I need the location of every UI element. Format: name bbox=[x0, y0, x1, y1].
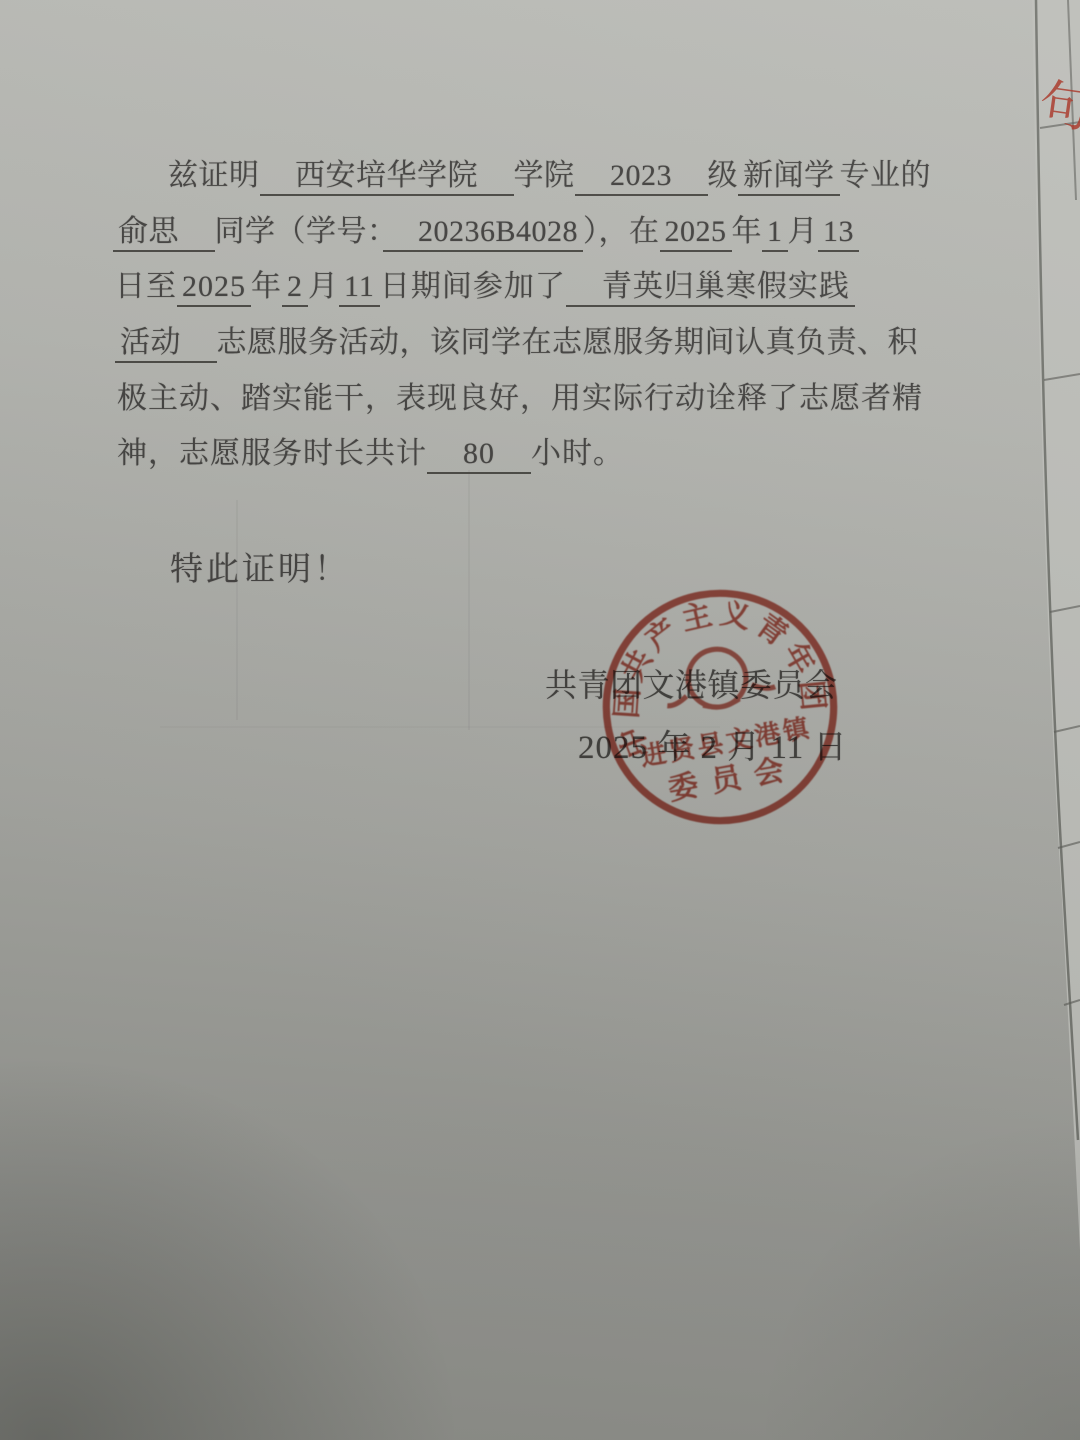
certificate-page: 兹证明 西安培华学院 学院 2023 级新闻学专业的 俞思 同学（学号： 202… bbox=[0, 0, 1080, 1440]
underlined-field: 2 bbox=[282, 270, 308, 307]
text-segment: 年 bbox=[732, 215, 763, 248]
underlined-field: 活动 bbox=[115, 326, 217, 363]
text-segment: 学院 bbox=[514, 159, 575, 192]
show-through-line bbox=[468, 470, 470, 730]
text-segment: ），在 bbox=[583, 215, 660, 248]
text-segment: 日期间参加了 bbox=[380, 270, 566, 303]
underlined-field: 青英归巢寒假实践 bbox=[566, 270, 855, 307]
underlying-sheet-edge: 句 bbox=[1010, 0, 1080, 1250]
underlined-field: 11 bbox=[339, 270, 380, 307]
underlined-field: 20236B4028 bbox=[383, 215, 584, 252]
underlined-field: 2025 bbox=[177, 270, 251, 307]
show-through-line bbox=[236, 500, 238, 720]
text-segment: 日至 bbox=[115, 270, 177, 303]
underlined-field: 2025 bbox=[660, 215, 732, 252]
handwritten-red-character: 句 bbox=[1035, 76, 1080, 140]
text-segment: 级 bbox=[708, 159, 739, 192]
official-seal-stamp: 中国共产主义青年团 进贤县文港镇 委员会 bbox=[596, 583, 844, 831]
body-line-5: 极主动、踏实能干，表现良好，用实际行动诠释了志愿者精 bbox=[117, 373, 923, 417]
underlined-field: 2023 bbox=[575, 159, 708, 196]
text-segment: 小时。 bbox=[531, 437, 624, 470]
text-segment: 兹证明 bbox=[168, 159, 260, 192]
body-line-6: 神，志愿服务时长共计 80 小时。 bbox=[117, 428, 624, 472]
underlined-field: 1 bbox=[762, 215, 788, 252]
body-line-2: 俞思 同学（学号： 20236B4028），在2025年1月13 bbox=[113, 206, 859, 250]
text-segment: 极主动、踏实能干，表现良好，用实际行动诠释了志愿者精 bbox=[117, 382, 923, 415]
text-segment: 志愿服务活动，该同学在志愿服务期间认真负责、积 bbox=[217, 326, 919, 359]
text-segment: 年 bbox=[251, 270, 282, 303]
certificate-photo: 兹证明 西安培华学院 学院 2023 级新闻学专业的 俞思 同学（学号： 202… bbox=[0, 0, 1080, 1440]
closing-statement: 特此证明！ bbox=[170, 543, 350, 590]
text-segment: 专业的 bbox=[840, 159, 932, 192]
underlined-field: 西安培华学院 bbox=[260, 159, 514, 196]
text-segment: 月 bbox=[788, 215, 819, 248]
underlined-field: 80 bbox=[427, 437, 531, 474]
body-line-1: 兹证明 西安培华学院 学院 2023 级新闻学专业的 bbox=[168, 150, 931, 194]
underlined-field: 俞思 bbox=[113, 215, 215, 252]
underlined-field: 新闻学 bbox=[738, 159, 840, 196]
body-line-3: 日至2025年2月11日期间参加了 青英归巢寒假实践 bbox=[115, 261, 855, 305]
text-segment: 神，志愿服务时长共计 bbox=[117, 437, 427, 470]
body-line-4: 活动 志愿服务活动，该同学在志愿服务期间认真负责、积 bbox=[115, 317, 918, 361]
league-emblem-icon bbox=[659, 640, 777, 716]
underlined-field: 13 bbox=[818, 215, 859, 252]
text-segment: 月 bbox=[308, 270, 339, 303]
text-segment: 同学（学号： bbox=[215, 215, 383, 248]
